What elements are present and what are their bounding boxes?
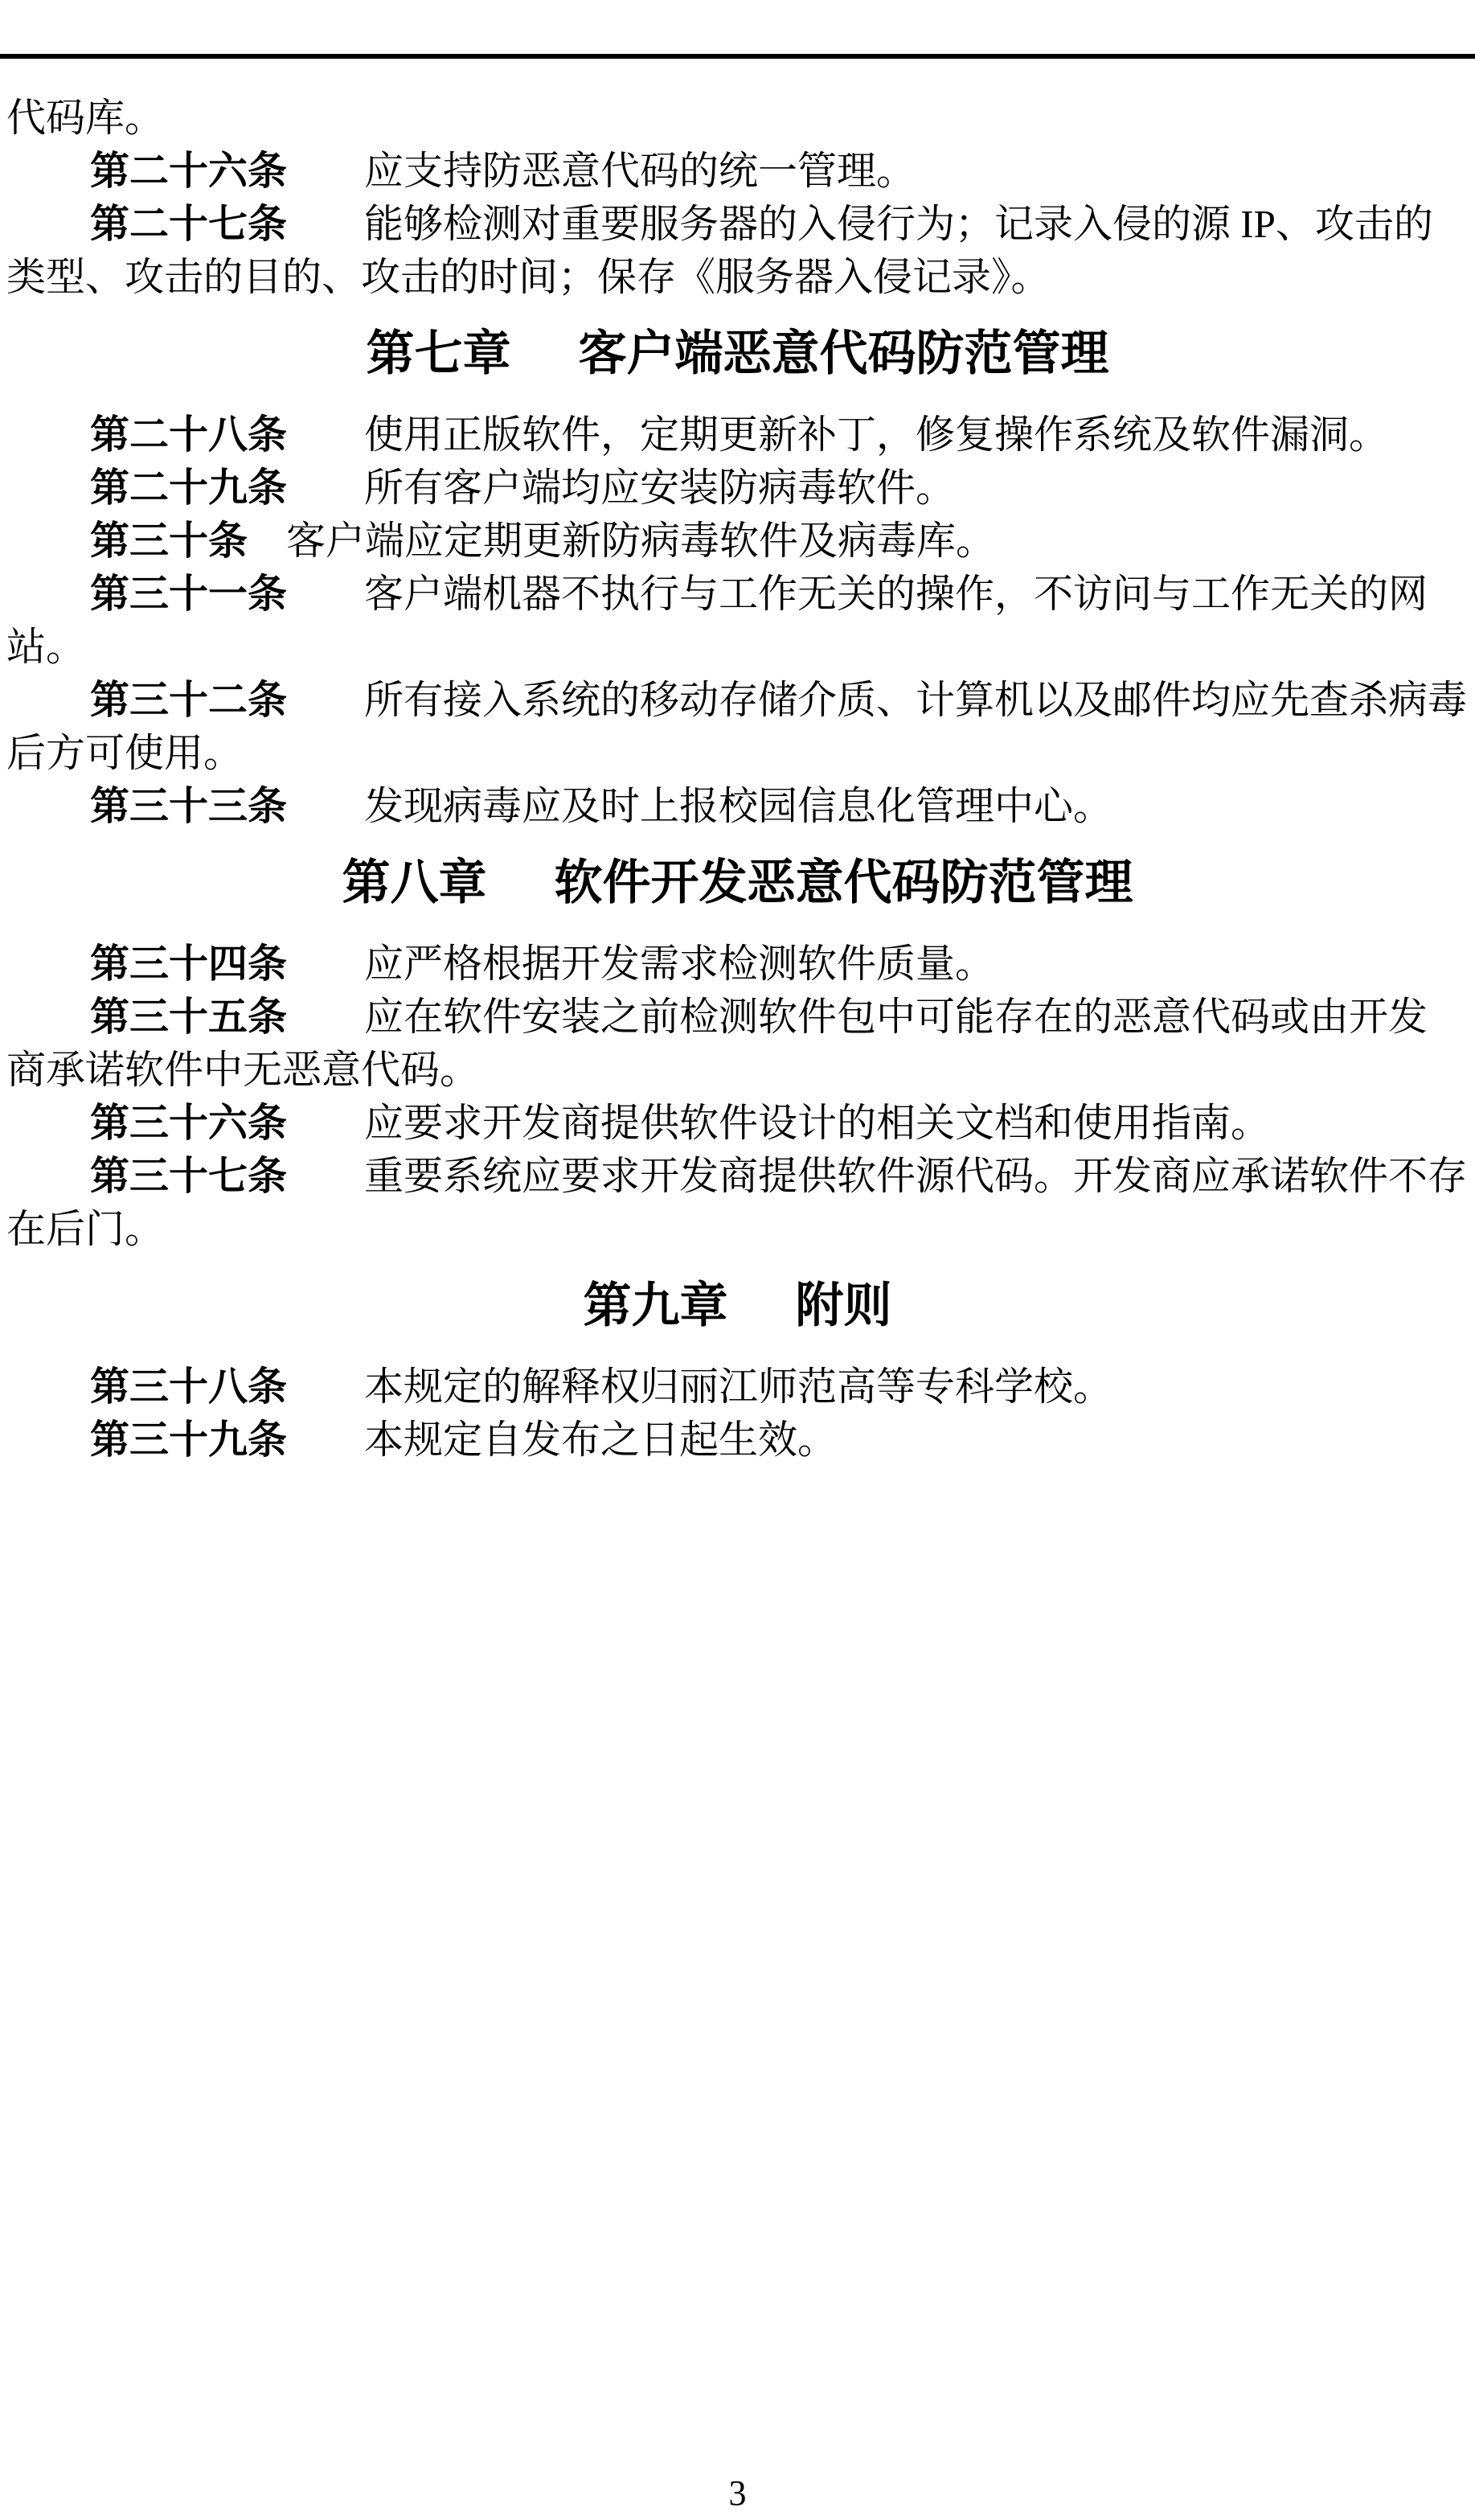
article-number: 第三十六条 [90, 1102, 287, 1145]
article-line: 第三十五条应在软件安装之前检测软件包中可能存在的恶意代码或由开发 [6, 991, 1469, 1044]
label-text-gap [287, 236, 364, 237]
label-text-gap [287, 712, 364, 713]
article-text: 发现病毒应及时上报校园信息化管理中心。 [364, 784, 1112, 828]
label-text-gap [287, 183, 364, 184]
document-body: 代码库。 第二十六条应支持防恶意代码的统一管理。 第二十七条能够检测对重要服务器… [0, 92, 1475, 1467]
document-page: 代码库。 第二十六条应支持防恶意代码的统一管理。 第二十七条能够检测对重要服务器… [0, 0, 1475, 2520]
chapter-heading: 第八章软件开发恶意代码防范管理 [6, 852, 1469, 914]
article-line: 第三十二条所有接入系统的移动存储介质、计算机以及邮件均应先查杀病毒 [6, 674, 1469, 727]
article-text: 所有客户端均应安装防病毒软件。 [364, 466, 955, 510]
label-text-gap [248, 553, 286, 554]
chapter-number: 第八章 [342, 856, 487, 909]
article-line: 第二十九条所有客户端均应安装防病毒软件。 [6, 462, 1469, 515]
article-line-continuation: 后方可使用。 [6, 727, 1469, 780]
article-line-continuation: 在后门。 [6, 1203, 1469, 1256]
article-number: 第三十九条 [90, 1418, 287, 1462]
chapter-heading-gap [487, 898, 555, 899]
label-text-gap [287, 1188, 364, 1189]
label-text-gap [287, 819, 364, 819]
article-number: 第三十一条 [90, 573, 287, 616]
article-line: 第三十条客户端应定期更新防病毒软件及病毒库。 [6, 515, 1469, 568]
article-number: 第二十七条 [90, 203, 287, 246]
article-number: 第三十五条 [90, 995, 287, 1039]
article-text: 重要系统应要求开发商提供软件源代码。开发商应承诺软件不存 [364, 1154, 1467, 1198]
article-text: 客户端应定期更新防病毒软件及病毒库。 [286, 519, 995, 563]
chapter-title: 软件开发恶意代码防范管理 [555, 856, 1133, 909]
label-text-gap [287, 976, 364, 977]
label-text-gap [287, 1399, 364, 1400]
article-line: 第二十七条能够检测对重要服务器的入侵行为；记录入侵的源 IP、攻击的 [6, 198, 1469, 251]
chapter-heading-gap [728, 1321, 796, 1322]
article-text: 能够检测对重要服务器的入侵行为；记录入侵的源 IP、攻击的 [364, 202, 1433, 246]
label-text-gap [287, 1135, 364, 1136]
article-line: 第三十八条本规定的解释权归丽江师范高等专科学校。 [6, 1361, 1469, 1414]
chapter-heading: 第九章附则 [6, 1274, 1469, 1337]
article-line: 第三十三条发现病毒应及时上报校园信息化管理中心。 [6, 780, 1469, 833]
chapter-heading: 第七章客户端恶意代码防范管理 [6, 322, 1469, 385]
article-line-continuation: 站。 [6, 621, 1469, 674]
article-line-continuation: 类型、攻击的目的、攻击的时间；保存《服务器入侵记录》。 [6, 251, 1469, 304]
article-number: 第二十六条 [90, 150, 287, 193]
article-text: 应支持防恶意代码的统一管理。 [364, 149, 916, 193]
header-rule [0, 54, 1475, 59]
article-line: 第三十六条应要求开发商提供软件设计的相关文档和使用指南。 [6, 1097, 1469, 1150]
chapter-heading-gap [511, 369, 579, 370]
article-number: 第二十九条 [90, 466, 287, 510]
article-number: 第三十三条 [90, 785, 287, 828]
article-line: 第三十一条客户端机器不执行与工作无关的操作，不访问与工作无关的网 [6, 568, 1469, 621]
article-text: 应要求开发商提供软件设计的相关文档和使用指南。 [364, 1101, 1270, 1145]
chapter-number: 第九章 [584, 1278, 728, 1332]
article-number: 第二十八条 [90, 413, 287, 457]
label-text-gap [287, 500, 364, 501]
article-text: 本规定自发布之日起生效。 [364, 1418, 837, 1462]
label-text-gap [287, 606, 364, 607]
article-line-continuation: 商承诺软件中无恶意代码。 [6, 1044, 1469, 1097]
article-text: 本规定的解释权归丽江师范高等专科学校。 [364, 1365, 1112, 1409]
article-number: 第三十四条 [90, 942, 287, 986]
article-number: 第三十八条 [90, 1365, 287, 1409]
article-line: 第三十四条应严格根据开发需求检测软件质量。 [6, 938, 1469, 991]
article-text: 应在软件安装之前检测软件包中可能存在的恶意代码或由开发 [364, 995, 1428, 1039]
page-number: 3 [0, 2473, 1475, 2514]
article-number: 第三十条 [90, 519, 248, 563]
label-text-gap [287, 1452, 364, 1453]
article-text: 使用正版软件，定期更新补丁，修复操作系统及软件漏洞。 [364, 412, 1388, 457]
chapter-title: 附则 [796, 1278, 892, 1332]
paragraph-continuation: 代码库。 [6, 92, 1469, 145]
chapter-title: 客户端恶意代码防范管理 [579, 326, 1109, 380]
article-text: 应严格根据开发需求检测软件质量。 [364, 942, 994, 986]
chapter-number: 第七章 [367, 326, 511, 380]
article-line: 第三十七条重要系统应要求开发商提供软件源代码。开发商应承诺软件不存 [6, 1150, 1469, 1203]
label-text-gap [287, 447, 364, 448]
label-text-gap [287, 1029, 364, 1030]
article-number: 第三十七条 [90, 1155, 287, 1198]
article-text: 所有接入系统的移动存储介质、计算机以及邮件均应先查杀病毒 [364, 678, 1467, 722]
article-line: 第三十九条本规定自发布之日起生效。 [6, 1414, 1469, 1467]
article-text: 客户端机器不执行与工作无关的操作，不访问与工作无关的网 [364, 572, 1428, 616]
article-number: 第三十二条 [90, 679, 287, 722]
article-line: 第二十六条应支持防恶意代码的统一管理。 [6, 145, 1469, 198]
article-line: 第二十八条使用正版软件，定期更新补丁，修复操作系统及软件漏洞。 [6, 408, 1469, 462]
